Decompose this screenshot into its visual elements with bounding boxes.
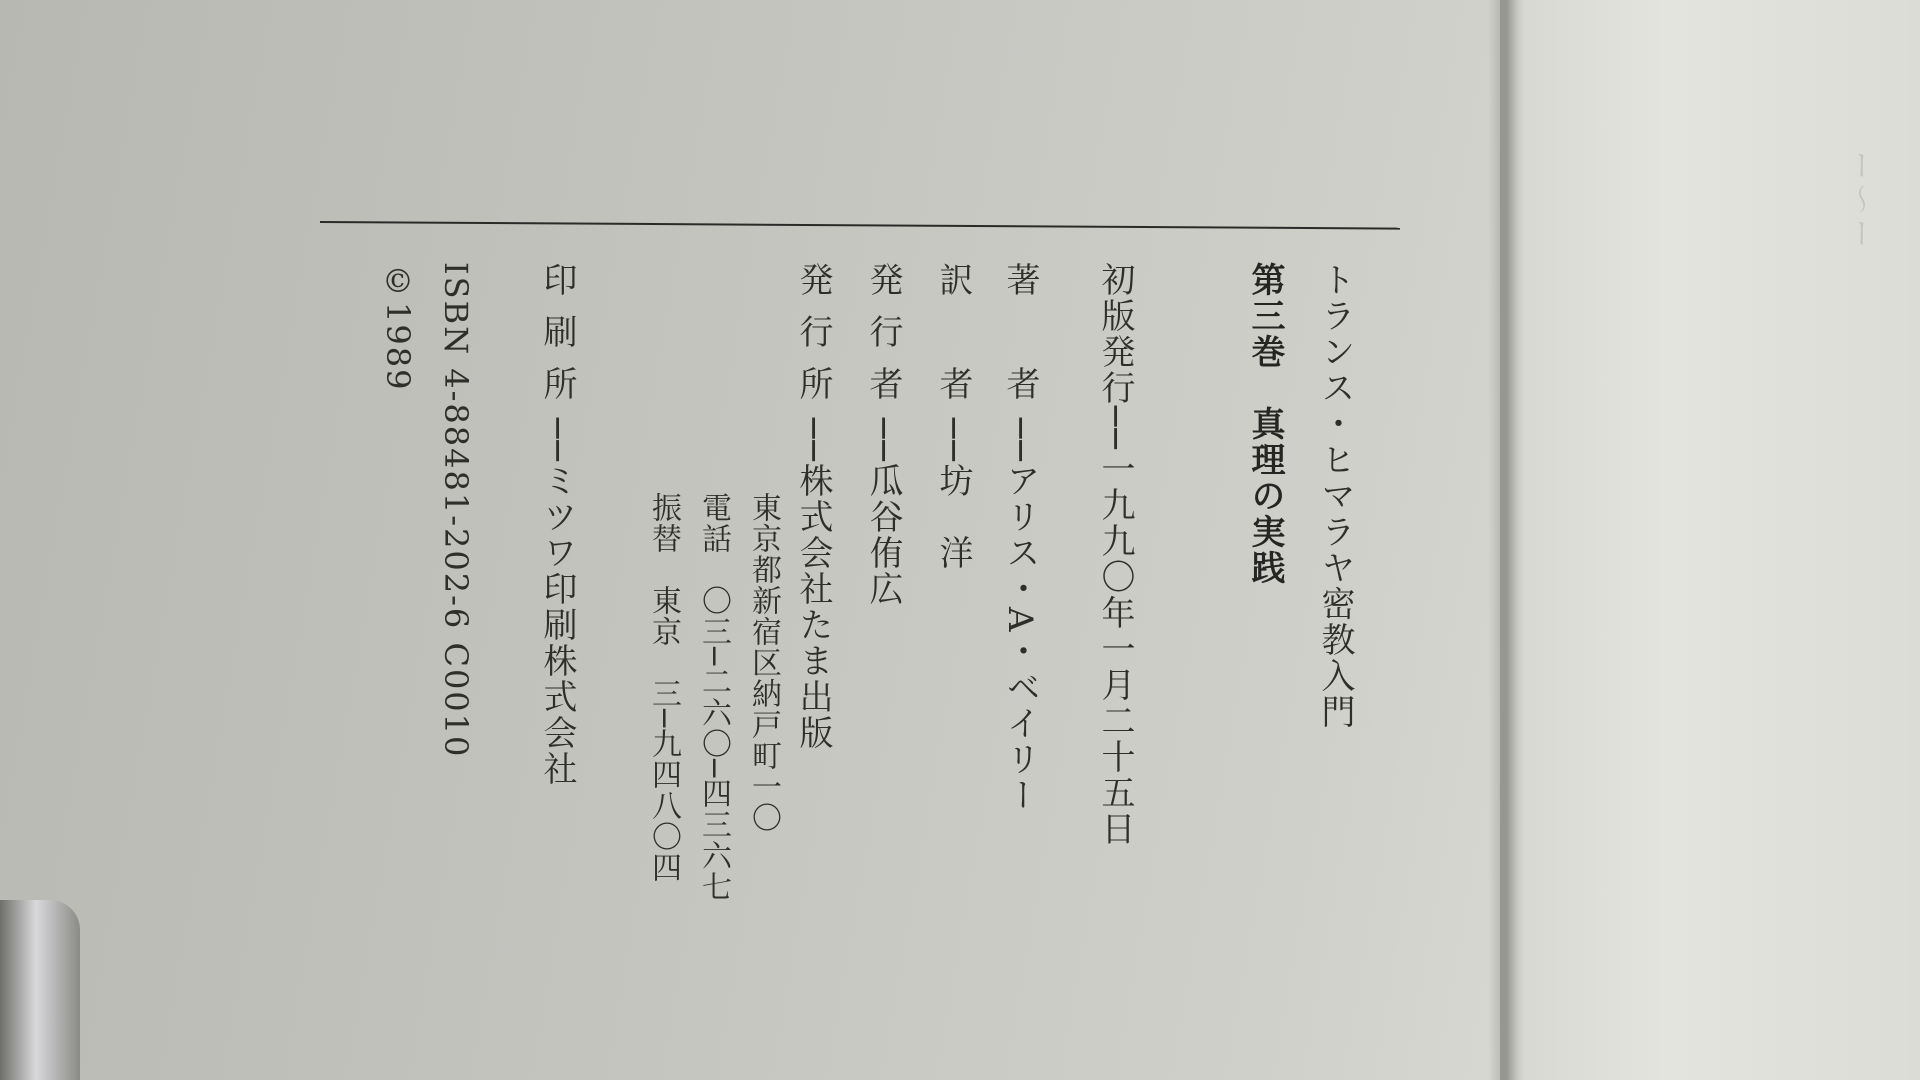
publisher-person-name: 瓜谷侑広 xyxy=(863,463,903,607)
publisher-phone: 電話 〇三─二六〇─四三六七 xyxy=(698,492,728,902)
publisher-person-label: 発行者 xyxy=(863,262,903,418)
volume-title: 第三巻 真理の実践 xyxy=(1248,262,1282,586)
dash: ── xyxy=(866,418,900,463)
printer-name: ミツワ印刷株式会社 xyxy=(537,463,577,787)
printer-label: 印刷所 xyxy=(537,262,577,418)
translator-row: 訳 者──坊 洋 xyxy=(936,262,970,571)
publisher-person-row: 発行者──瓜谷侑広 xyxy=(866,262,900,607)
dash: ── xyxy=(796,418,830,463)
series-title: トランス・ヒマラヤ密教入門 xyxy=(1318,262,1352,730)
publisher-row: 発行所──株式会社たま出版 xyxy=(796,262,830,751)
dash: ── xyxy=(540,418,574,463)
dash: ── xyxy=(1098,406,1132,451)
first-edition-row: 初版発行──一九九〇年一月二十五日 xyxy=(1098,262,1132,847)
facing-page-bleed-text: ー～ー xyxy=(1836,150,1880,252)
dash: ── xyxy=(1003,418,1037,463)
translator-name: 坊 洋 xyxy=(933,463,973,571)
first-edition-date: 一九九〇年一月二十五日 xyxy=(1095,451,1135,847)
translator-label: 訳 者 xyxy=(933,262,973,418)
first-edition-label: 初版発行 xyxy=(1095,262,1135,406)
publisher-address: 東京都新宿区納戸町一〇 xyxy=(748,492,778,833)
author-label: 著 者 xyxy=(1000,262,1040,418)
binder-clip xyxy=(0,900,80,1080)
publisher-name: 株式会社たま出版 xyxy=(793,463,833,751)
postal-transfer-account: 振替 東京 三─九四八〇四 xyxy=(648,492,678,883)
copyright: ©1989 xyxy=(382,262,414,391)
printer-row: 印刷所──ミツワ印刷株式会社 xyxy=(540,262,574,787)
author-name: アリス・A・ベイリー xyxy=(1000,463,1040,814)
isbn: ISBN 4-88481-202-6 C0010 xyxy=(440,262,472,758)
author-row: 著 者──アリス・A・ベイリー xyxy=(1003,262,1037,814)
publisher-label: 発行所 xyxy=(793,262,833,418)
book-gutter xyxy=(1488,0,1518,1080)
dash: ── xyxy=(936,418,970,463)
